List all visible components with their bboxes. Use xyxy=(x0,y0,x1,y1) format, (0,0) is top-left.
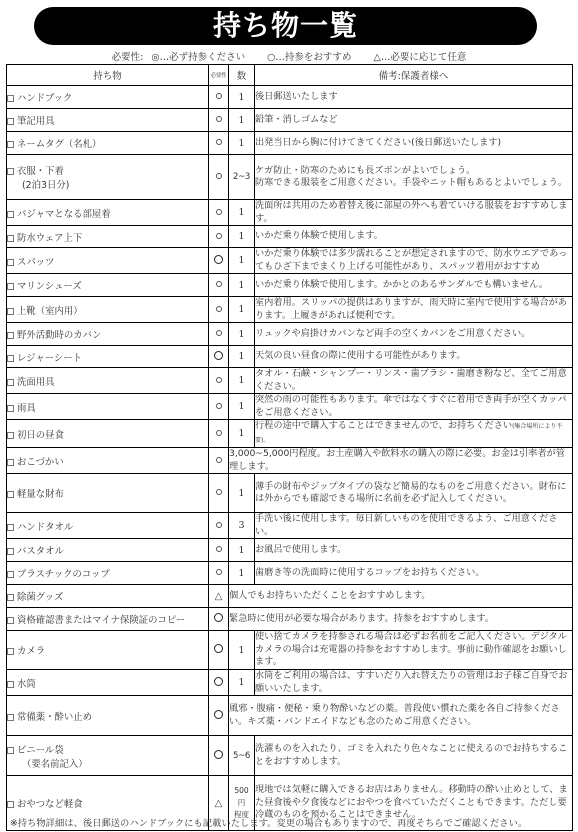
necessity-cell xyxy=(209,155,229,200)
note-cell: 後日郵送いたします xyxy=(255,86,573,109)
quantity-cell: 1 xyxy=(229,368,255,394)
checkbox-icon[interactable] xyxy=(7,168,14,175)
item-cell: おこづかい xyxy=(7,448,209,474)
note-cell: 手洗い後に使用します。毎日新しいものを使用できるよう、ご用意ください。 xyxy=(255,513,573,539)
table-row: 資格確認書またはマイナ保険証のコピー緊急時に使用が必要な場合があります。持参をお… xyxy=(7,608,573,631)
note-text: 手洗い後に使用します。毎日新しいものを使用できるよう、ご用意ください。 xyxy=(255,513,557,537)
circle-icon xyxy=(214,613,223,622)
double-circle-icon xyxy=(216,330,222,336)
legend-required: ◎…必ず持参ください xyxy=(151,49,245,63)
quantity-cell: 1 xyxy=(229,539,255,562)
quantity-line: 500 xyxy=(229,785,254,797)
table-row: 上靴（室内用）1室内着用。スリッパの提供はありますが、雨天時に室内で使用する場合… xyxy=(7,297,573,323)
item-cell: 水筒 xyxy=(7,670,209,696)
double-circle-icon xyxy=(216,546,222,552)
checkbox-icon[interactable] xyxy=(7,548,14,555)
note-cell: 薄手の財布やジップタイプの袋など簡易的なものをご用意ください。財布には外からでも… xyxy=(255,474,573,513)
note-cell: 出発当日から胸に付けてきてください(後日郵送いたします) xyxy=(255,132,573,155)
item-cell: マリンシューズ xyxy=(7,274,209,297)
table-row: バスタオル1お風呂で使用します。 xyxy=(7,539,573,562)
necessity-cell xyxy=(209,539,229,562)
legend-label: 必要性: xyxy=(112,49,144,63)
item-cell: 資格確認書またはマイナ保険証のコピー xyxy=(7,608,209,631)
quantity-cell: 1 xyxy=(229,274,255,297)
item-cell: ハンドタオル xyxy=(7,513,209,539)
note-text: リュックや肩掛けカバンなど両手の空くカバンをご用意ください。 xyxy=(255,328,530,339)
checkbox-icon[interactable] xyxy=(7,405,14,412)
quantity-cell: 1 xyxy=(229,420,255,448)
checkbox-icon[interactable] xyxy=(7,118,14,125)
checkbox-icon[interactable] xyxy=(7,617,14,624)
quantity-cell: 1 xyxy=(229,109,255,132)
note-cell: 緊急時に使用が必要な場合があります。持参をおすすめします。 xyxy=(229,608,573,631)
item-label: 防水ウェア上下 xyxy=(17,233,82,244)
double-circle-icon xyxy=(216,403,222,409)
necessity-cell xyxy=(209,200,229,226)
circle-icon xyxy=(214,351,223,360)
quantity-cell: 3 xyxy=(229,513,255,539)
item-label: ハンドタオル xyxy=(17,522,73,533)
table-row: 野外活動時のカバン1リュックや肩掛けカバンなど両手の空くカバンをご用意ください。 xyxy=(7,323,573,346)
necessity-cell xyxy=(209,736,229,776)
checkbox-icon[interactable] xyxy=(7,491,14,498)
necessity-cell xyxy=(209,248,229,274)
necessity-cell xyxy=(209,274,229,297)
double-circle-icon xyxy=(216,489,222,495)
item-label: 筆記用具 xyxy=(17,116,55,127)
item-label: 初日の昼食 xyxy=(17,430,64,441)
item-cell: スパッツ xyxy=(7,248,209,274)
item-label: プラスチックのコップ xyxy=(17,569,110,580)
item-label: マリンシューズ xyxy=(17,281,82,292)
table-row: スパッツ1いかだ乗り体験では多少濡れることが想定されますので、防水ウエアであって… xyxy=(7,248,573,274)
item-label: 洗面用具 xyxy=(17,377,55,388)
quantity-cell: 1 xyxy=(229,86,255,109)
table-row: カメラ1使い捨てカメラを持参される場合は必ずお名前をご記入ください。デジタルカメ… xyxy=(7,631,573,670)
header-item: 持ち物 xyxy=(7,65,209,86)
item-label: バスタオル xyxy=(17,546,64,557)
double-circle-icon xyxy=(216,93,222,99)
table-header-row: 持ち物 必要性 数 備考:保護者様へ xyxy=(7,65,573,86)
quantity-cell: 1 xyxy=(229,394,255,420)
note-text: 使い捨てカメラを持参される場合は必ずお名前をご記入ください。デジタルカメラの場合… xyxy=(255,631,567,667)
necessity-legend: 必要性: ◎…必ず持参ください ○…持参をおすすめ △…必要に応じて任意 xyxy=(0,49,578,63)
circle-icon xyxy=(214,255,223,264)
necessity-cell xyxy=(209,513,229,539)
necessity-cell: △ xyxy=(209,585,229,608)
legend-recommended: ○…持参をおすすめ xyxy=(267,49,351,63)
quantity-cell: 1 xyxy=(229,297,255,323)
item-cell: レジャーシート xyxy=(7,346,209,368)
quantity-cell: 1 xyxy=(229,670,255,696)
necessity-cell xyxy=(209,670,229,696)
item-cell: 雨具 xyxy=(7,394,209,420)
item-cell: 上靴（室内用） xyxy=(7,297,209,323)
checkbox-icon[interactable] xyxy=(7,283,14,290)
checkbox-icon[interactable] xyxy=(7,594,14,601)
item-cell: 常備薬・酔い止め xyxy=(7,696,209,736)
necessity-cell xyxy=(209,86,229,109)
header-quantity: 数 xyxy=(229,65,255,86)
note-text: 出発当日から胸に付けてきてください(後日郵送いたします) xyxy=(255,137,501,148)
checkbox-icon[interactable] xyxy=(7,524,14,531)
note-cell: いかだ乗り体験で使用します。かかとのあるサンダルでも構いません。 xyxy=(255,274,573,297)
checkbox-icon[interactable] xyxy=(7,801,14,808)
item-cell: カメラ xyxy=(7,631,209,670)
necessity-cell xyxy=(209,608,229,631)
necessity-cell xyxy=(209,297,229,323)
double-circle-icon xyxy=(216,457,222,463)
note-text: ケガ防止・防寒のためにも長ズボンがよいでしょう。 防寒できる服装をご用意ください… xyxy=(255,165,567,189)
table-row: ネームタグ（名札）1出発当日から胸に付けてきてください(後日郵送いたします) xyxy=(7,132,573,155)
item-label: カメラ xyxy=(17,646,45,657)
table-row: おこづかい3,000~5,000円程度。お土産購入や飲料水の購入の際に必要。お金… xyxy=(7,448,573,474)
checkbox-icon[interactable] xyxy=(7,648,14,655)
note-cell: リュックや肩掛けカバンなど両手の空くカバンをご用意ください。 xyxy=(255,323,573,346)
note-text: 水筒をご利用の場合は、すすいだり入れ替えたりの管理はお子様ご自身でお願いいたしま… xyxy=(255,670,567,694)
table-row: 洗面用具1タオル・石鹸・シャンプー・リンス・歯ブラシ・歯磨き粉など、全てご用意く… xyxy=(7,368,573,394)
note-cell: いかだ乗り体験では多少濡れることが想定されますので、防水ウエアであってもひざ下ま… xyxy=(255,248,573,274)
necessity-cell xyxy=(209,562,229,585)
note-cell: 洗面所は共用のため着替え後に部屋の外へも着ていける服装をおすすめします。 xyxy=(255,200,573,226)
title-banner: 持ち物一覧 xyxy=(34,7,537,45)
item-cell: プラスチックのコップ xyxy=(7,562,209,585)
item-label: 衣服・下着 xyxy=(17,166,64,177)
necessity-cell xyxy=(209,346,229,368)
double-circle-icon xyxy=(216,281,222,287)
note-text: タオル・石鹸・シャンプー・リンス・歯ブラシ・歯磨き粉など、全てご用意ください。 xyxy=(255,368,567,392)
necessity-cell xyxy=(209,323,229,346)
note-text: 突然の雨の可能性もあります。傘ではなくすぐに着用でき両手が空くカッパをご用意くだ… xyxy=(255,394,567,418)
triangle-icon: △ xyxy=(215,798,223,809)
table-row: 筆記用具1鉛筆・消しゴムなど xyxy=(7,109,573,132)
checkbox-icon[interactable] xyxy=(7,308,14,315)
table-row: 水筒1水筒をご利用の場合は、すすいだり入れ替えたりの管理はお子様ご自身でお願いい… xyxy=(7,670,573,696)
quantity-cell: 1 xyxy=(229,323,255,346)
quantity-line: 円 xyxy=(229,797,254,809)
table-row: 除菌グッズ△個人でもお持ちいただくことをおすすめします。 xyxy=(7,585,573,608)
table-row: 軽量な財布1薄手の財布やジップタイプの袋など簡易的なものをご用意ください。財布に… xyxy=(7,474,573,513)
table-row: ビニール袋（要名前記入）5~6洗濯ものを入れたり、ゴミを入れたり色々なことに使え… xyxy=(7,736,573,776)
item-label: スパッツ xyxy=(17,257,55,268)
quantity-cell: 1 xyxy=(229,200,255,226)
table-row: マリンシューズ1いかだ乗り体験で使用します。かかとのあるサンダルでも構いません。 xyxy=(7,274,573,297)
footer-note: ※持ち物詳細は、後日郵送のハンドブックにも記載いたします。変更の場合もありますの… xyxy=(10,815,527,829)
checkbox-icon[interactable] xyxy=(7,571,14,578)
item-sublabel: (2泊3日分) xyxy=(7,177,208,191)
double-circle-icon xyxy=(216,377,222,383)
header-necessity: 必要性 xyxy=(209,65,229,86)
checkbox-icon[interactable] xyxy=(7,95,14,102)
checkbox-icon[interactable] xyxy=(7,681,14,688)
table-row: パジャマとなる部屋着1洗面所は共用のため着替え後に部屋の外へも着ていける服装をお… xyxy=(7,200,573,226)
necessity-cell xyxy=(209,420,229,448)
item-cell: ハンドブック xyxy=(7,86,209,109)
item-label: レジャーシート xyxy=(17,353,82,364)
table-row: 雨具1突然の雨の可能性もあります。傘ではなくすぐに着用でき両手が空くカッパをご用… xyxy=(7,394,573,420)
necessity-cell xyxy=(209,631,229,670)
double-circle-icon xyxy=(216,569,222,575)
necessity-cell xyxy=(209,132,229,155)
note-cell: 天気の良い昼食の際に使用する可能性があります。 xyxy=(255,346,573,368)
item-label: 軽量な財布 xyxy=(17,489,64,500)
note-cell: タオル・石鹸・シャンプー・リンス・歯ブラシ・歯磨き粉など、全てご用意ください。 xyxy=(255,368,573,394)
item-label: おやつなど軽食 xyxy=(17,799,83,810)
triangle-icon: △ xyxy=(215,591,223,602)
checkbox-icon[interactable] xyxy=(7,459,14,466)
quantity-cell: 1 xyxy=(229,132,255,155)
checkbox-icon[interactable] xyxy=(7,379,14,386)
item-label: パジャマとなる部屋着 xyxy=(17,209,111,220)
quantity-cell: 5~6 xyxy=(229,736,255,776)
double-circle-icon xyxy=(216,139,222,145)
quantity-cell: 1 xyxy=(229,346,255,368)
checkbox-icon[interactable] xyxy=(7,259,14,266)
checkbox-icon[interactable] xyxy=(7,714,14,721)
item-cell: 初日の昼食 xyxy=(7,420,209,448)
necessity-cell xyxy=(209,448,229,474)
note-cell: 行程の途中で購入することはできませんので、お持ちください(集合場所により不要)。 xyxy=(255,420,573,448)
item-sublabel: （要名前記入） xyxy=(7,756,208,770)
table-row: 初日の昼食1行程の途中で購入することはできませんので、お持ちください(集合場所に… xyxy=(7,420,573,448)
item-cell: 除菌グッズ xyxy=(7,585,209,608)
quantity-cell: 1 xyxy=(229,248,255,274)
note-cell: 鉛筆・消しゴムなど xyxy=(255,109,573,132)
table-row: 常備薬・酔い止め風邪・腹痛・便秘・乗り物酔いなどの薬。普段使い慣れた薬を各自ご持… xyxy=(7,696,573,736)
note-text: 薄手の財布やジップタイプの袋など簡易的なものをご用意ください。財布には外からでも… xyxy=(255,481,566,505)
note-text: いかだ乗り体験で使用します。 xyxy=(255,230,383,241)
page-title: 持ち物一覧 xyxy=(213,7,358,45)
necessity-cell xyxy=(209,474,229,513)
table-row: 防水ウェア上下1いかだ乗り体験で使用します。 xyxy=(7,226,573,248)
item-cell: 防水ウェア上下 xyxy=(7,226,209,248)
checkbox-icon[interactable] xyxy=(7,141,14,148)
item-cell: 衣服・下着(2泊3日分) xyxy=(7,155,209,200)
note-text: 行程の途中で購入することはできませんので、お持ちください xyxy=(255,420,512,431)
note-cell: お風呂で使用します。 xyxy=(255,539,573,562)
note-text: 洗面所は共用のため着替え後に部屋の外へも着ていける服装をおすすめします。 xyxy=(255,200,567,224)
double-circle-icon xyxy=(216,430,222,436)
note-cell: 洗濯ものを入れたり、ゴミを入れたり色々なことに使えるのでお持ちすることをおすすめ… xyxy=(255,736,573,776)
item-label: 資格確認書またはマイナ保険証のコピー xyxy=(17,615,185,626)
note-cell: 歯磨き等の洗面時に使用するコップをお持ちください。 xyxy=(255,562,573,585)
double-circle-icon xyxy=(216,522,222,528)
item-cell: ネームタグ（名札） xyxy=(7,132,209,155)
double-circle-icon xyxy=(216,306,222,312)
item-label: ハンドブック xyxy=(17,93,72,104)
item-cell: パジャマとなる部屋着 xyxy=(7,200,209,226)
note-text: 後日郵送いたします xyxy=(255,91,338,102)
item-label: 上靴（室内用） xyxy=(17,306,83,317)
note-cell: いかだ乗り体験で使用します。 xyxy=(255,226,573,248)
circle-icon xyxy=(214,750,223,759)
circle-icon xyxy=(214,710,223,719)
table-row: プラスチックのコップ1歯磨き等の洗面時に使用するコップをお持ちください。 xyxy=(7,562,573,585)
note-cell: 水筒をご利用の場合は、すすいだり入れ替えたりの管理はお子様ご自身でお願いいたしま… xyxy=(255,670,573,696)
item-cell: 野外活動時のカバン xyxy=(7,323,209,346)
circle-icon xyxy=(214,677,223,686)
note-cell: 突然の雨の可能性もあります。傘ではなくすぐに着用でき両手が空くカッパをご用意くだ… xyxy=(255,394,573,420)
note-text: お風呂で使用します。 xyxy=(255,544,346,555)
note-text: 室内着用。スリッパの提供はありますが、雨天時に室内で使用する場合があります。上履… xyxy=(255,297,567,321)
item-cell: 軽量な財布 xyxy=(7,474,209,513)
note-cell: 室内着用。スリッパの提供はありますが、雨天時に室内で使用する場合があります。上履… xyxy=(255,297,573,323)
table-row: 衣服・下着(2泊3日分)2~3ケガ防止・防寒のためにも長ズボンがよいでしょう。 … xyxy=(7,155,573,200)
double-circle-icon xyxy=(216,173,222,179)
checkbox-icon[interactable] xyxy=(7,747,14,754)
note-text: 歯磨き等の洗面時に使用するコップをお持ちください。 xyxy=(255,567,485,578)
item-cell: 筆記用具 xyxy=(7,109,209,132)
item-label: ビニール袋 xyxy=(17,745,64,756)
double-circle-icon xyxy=(216,116,222,122)
quantity-cell: 1 xyxy=(229,562,255,585)
table-row: ハンドブック1後日郵送いたします xyxy=(7,86,573,109)
item-cell: 洗面用具 xyxy=(7,368,209,394)
necessity-cell xyxy=(209,696,229,736)
item-label: 水筒 xyxy=(17,679,36,690)
note-text: 洗濯ものを入れたり、ゴミを入れたり色々なことに使えるのでお持ちすることをおすすめ… xyxy=(255,743,567,767)
note-cell: 個人でもお持ちいただくことをおすすめします。 xyxy=(229,585,573,608)
circle-icon xyxy=(214,644,223,653)
checkbox-icon[interactable] xyxy=(7,332,14,339)
header-notes: 備考:保護者様へ xyxy=(255,65,573,86)
item-label: 常備薬・酔い止め xyxy=(17,712,92,723)
necessity-cell xyxy=(209,394,229,420)
note-text: 天気の良い昼食の際に使用する可能性があります。 xyxy=(255,350,466,361)
double-circle-icon xyxy=(216,233,222,239)
table-row: レジャーシート1天気の良い昼食の際に使用する可能性があります。 xyxy=(7,346,573,368)
quantity-cell: 2~3 xyxy=(229,155,255,200)
legend-optional: △…必要に応じて任意 xyxy=(374,49,467,63)
table-row: ハンドタオル3手洗い後に使用します。毎日新しいものを使用できるよう、ご用意くださ… xyxy=(7,513,573,539)
note-cell: ケガ防止・防寒のためにも長ズボンがよいでしょう。 防寒できる服装をご用意ください… xyxy=(255,155,573,200)
item-label: 除菌グッズ xyxy=(17,592,63,603)
item-label: 雨具 xyxy=(17,403,36,414)
necessity-cell xyxy=(209,226,229,248)
checkbox-icon[interactable] xyxy=(7,211,14,218)
note-cell: 使い捨てカメラを持参される場合は必ずお名前をご記入ください。デジタルカメラの場合… xyxy=(255,631,573,670)
quantity-cell: 1 xyxy=(229,631,255,670)
note-text: いかだ乗り体験で使用します。かかとのあるサンダルでも構いません。 xyxy=(255,279,548,290)
item-cell: バスタオル xyxy=(7,539,209,562)
note-cell: 風邪・腹痛・便秘・乗り物酔いなどの薬。普段使い慣れた薬を各自ご持参ください。キズ… xyxy=(229,696,573,736)
quantity-cell: 1 xyxy=(229,226,255,248)
checkbox-icon[interactable] xyxy=(7,235,14,242)
note-text: いかだ乗り体験では多少濡れることが想定されますので、防水ウエアであってもひざ下ま… xyxy=(255,248,567,272)
items-table: 持ち物 必要性 数 備考:保護者様へ ハンドブック1後日郵送いたします筆記用具1… xyxy=(6,64,573,831)
quantity-cell: 1 xyxy=(229,474,255,513)
item-label: おこづかい xyxy=(17,457,64,468)
necessity-cell xyxy=(209,109,229,132)
note-cell: 3,000~5,000円程度。お土産購入や飲料水の購入の際に必要。お金は引率者が… xyxy=(229,448,573,474)
checkbox-icon[interactable] xyxy=(7,355,14,362)
double-circle-icon xyxy=(216,209,222,215)
item-cell: ビニール袋（要名前記入） xyxy=(7,736,209,776)
item-label: 野外活動時のカバン xyxy=(17,330,101,341)
item-label: ネームタグ（名札） xyxy=(17,139,101,150)
necessity-cell xyxy=(209,368,229,394)
checkbox-icon[interactable] xyxy=(7,432,14,439)
note-text: 鉛筆・消しゴムなど xyxy=(255,114,338,125)
